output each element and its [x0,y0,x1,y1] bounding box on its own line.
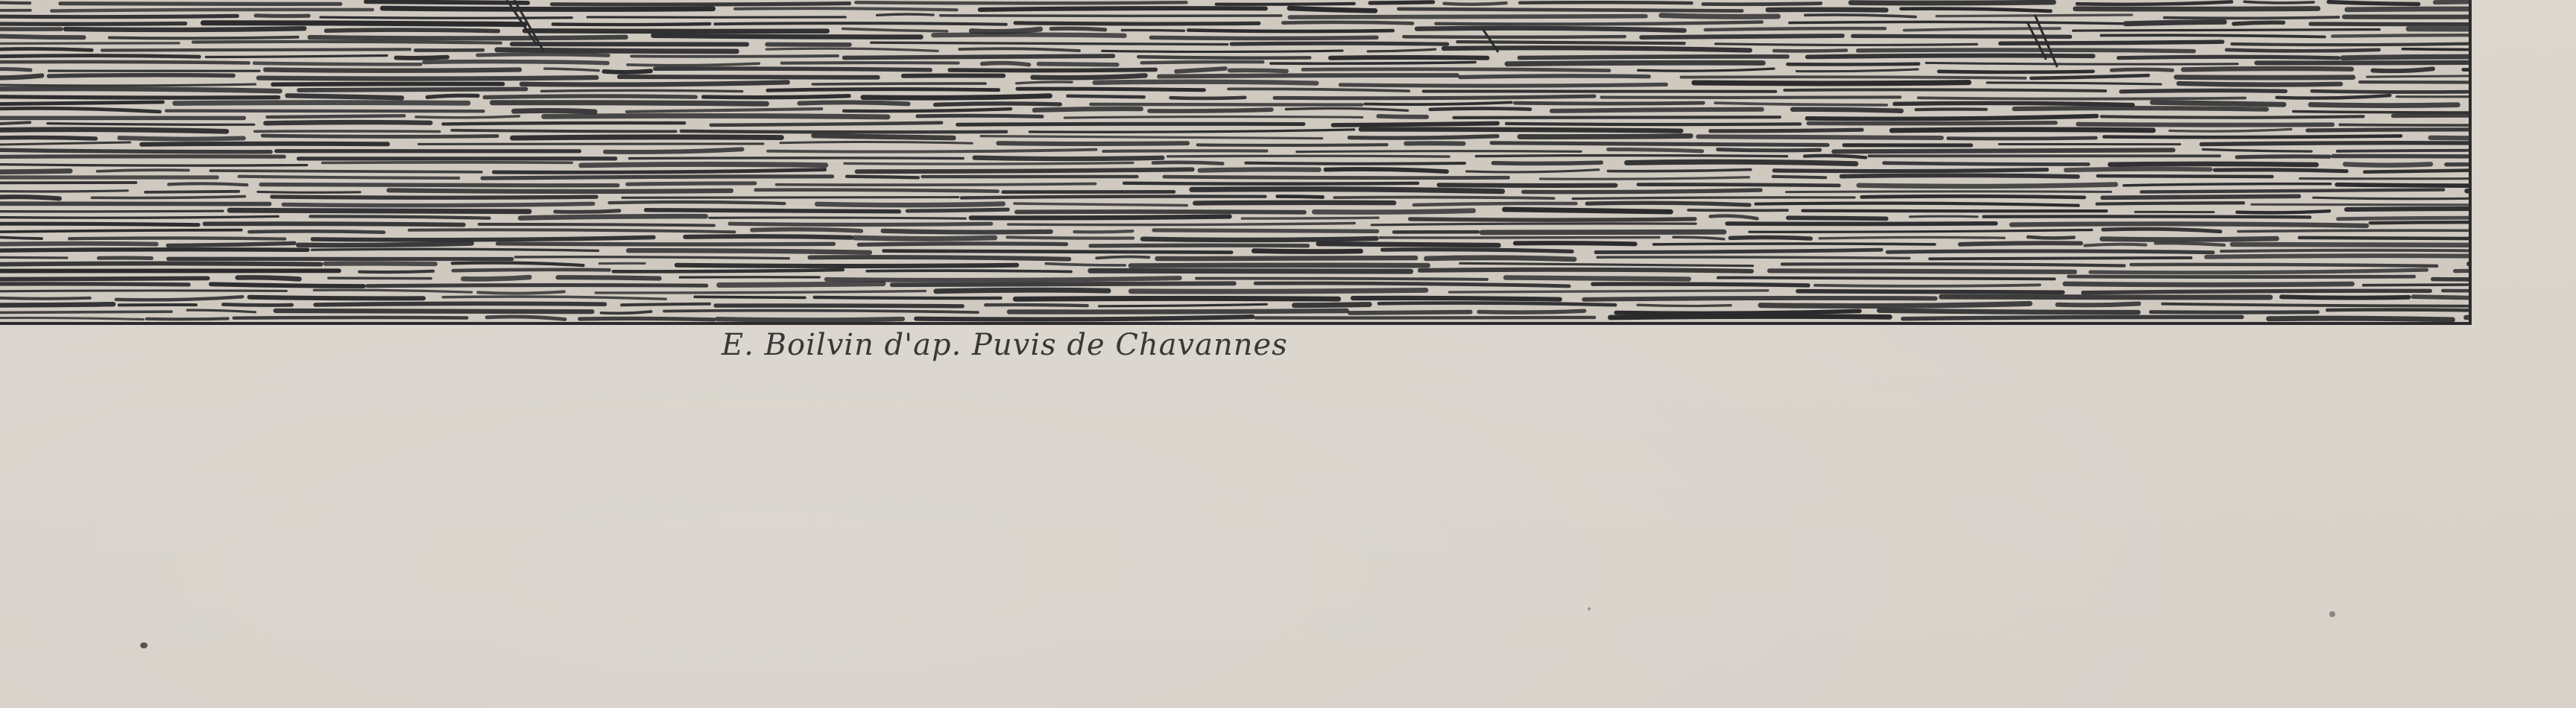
hatching-lines [0,0,2469,322]
paper-speck [1588,607,1591,610]
paper-speck [2329,611,2335,617]
etched-plate [0,0,2472,325]
engraver-inscription: E. Boilvin d'ap. Puvis de Chavannes [722,328,1288,362]
paper-speck [140,642,148,648]
